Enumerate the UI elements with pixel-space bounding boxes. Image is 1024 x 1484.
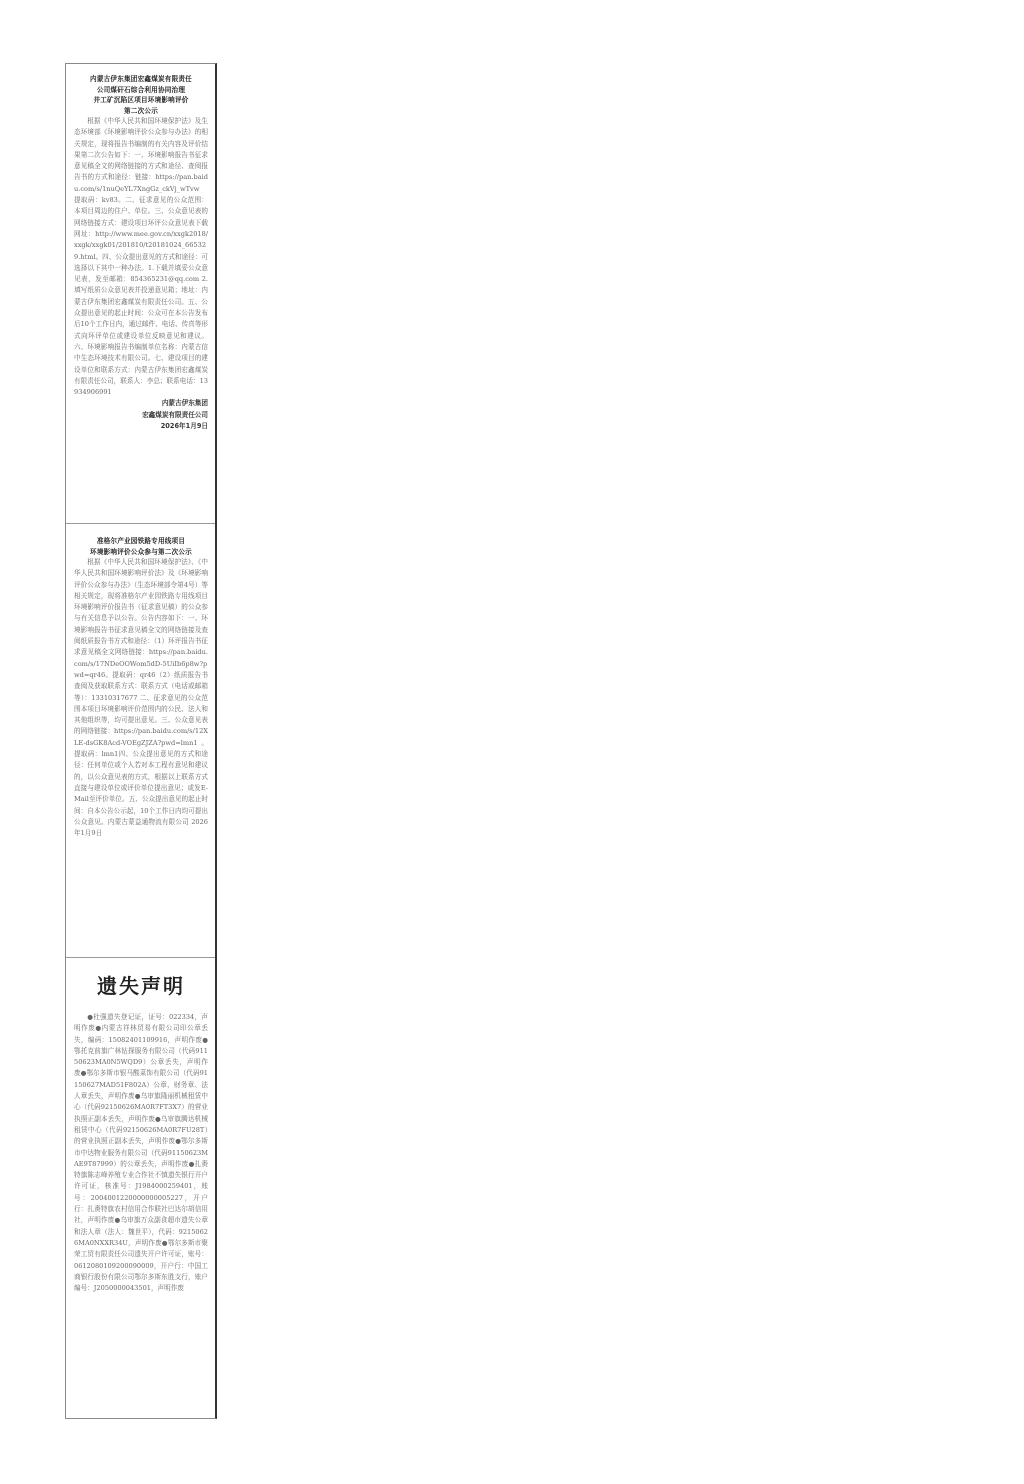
notice-railway-eia: 准格尔产业园铁路专用线项目 环境影响评价公众参与第二次公示 根据《中华人民共和国… — [66, 523, 215, 957]
signature-line: 宏鑫煤炭有限责任公司 — [74, 410, 208, 421]
signature-line: 内蒙古伊东集团 — [74, 398, 208, 409]
signature-date: 2026年1月9日 — [74, 421, 208, 432]
title-line: 井工矿沉陷区项目环境影响评价 — [74, 95, 208, 106]
notice-title: 内蒙古伊东集团宏鑫煤炭有限责任 公司煤矸石综合利用协同治理 井工矿沉陷区项目环境… — [74, 74, 208, 116]
lost-declaration: 遗失声明 ●杜强遗失登记证，证号：022334，声明作废●内蒙古祥林贸易有限公司… — [66, 957, 215, 1294]
title-line: 环境影响评价公众参与第二次公示 — [74, 547, 208, 558]
notice-body: 根据《中华人民共和国环境保护法》及生态环境部《环境影响评价公众参与办法》的相关规… — [74, 116, 208, 398]
title-line: 公司煤矸石综合利用协同治理 — [74, 85, 208, 96]
title-line: 内蒙古伊东集团宏鑫煤炭有限责任 — [74, 74, 208, 85]
notice-title: 准格尔产业园铁路专用线项目 环境影响评价公众参与第二次公示 — [74, 536, 208, 557]
notice-body: 根据《中华人民共和国环境保护法》、《中华人民共和国环境影响评价法》及《环境影响评… — [74, 557, 208, 839]
notice-column: 内蒙古伊东集团宏鑫煤炭有限责任 公司煤矸石综合利用协同治理 井工矿沉陷区项目环境… — [65, 63, 217, 1419]
title-line: 第二次公示 — [74, 106, 208, 117]
notice-coal-company-eia: 内蒙古伊东集团宏鑫煤炭有限责任 公司煤矸石综合利用协同治理 井工矿沉陷区项目环境… — [66, 64, 215, 523]
notice-signature: 内蒙古伊东集团 宏鑫煤炭有限责任公司 2026年1月9日 — [74, 398, 208, 432]
title-line: 准格尔产业园铁路专用线项目 — [74, 536, 208, 547]
lost-declaration-body: ●杜强遗失登记证，证号：022334，声明作废●内蒙古祥林贸易有限公司印公章丢失… — [74, 1012, 208, 1294]
lost-declaration-title: 遗失声明 — [74, 974, 208, 998]
